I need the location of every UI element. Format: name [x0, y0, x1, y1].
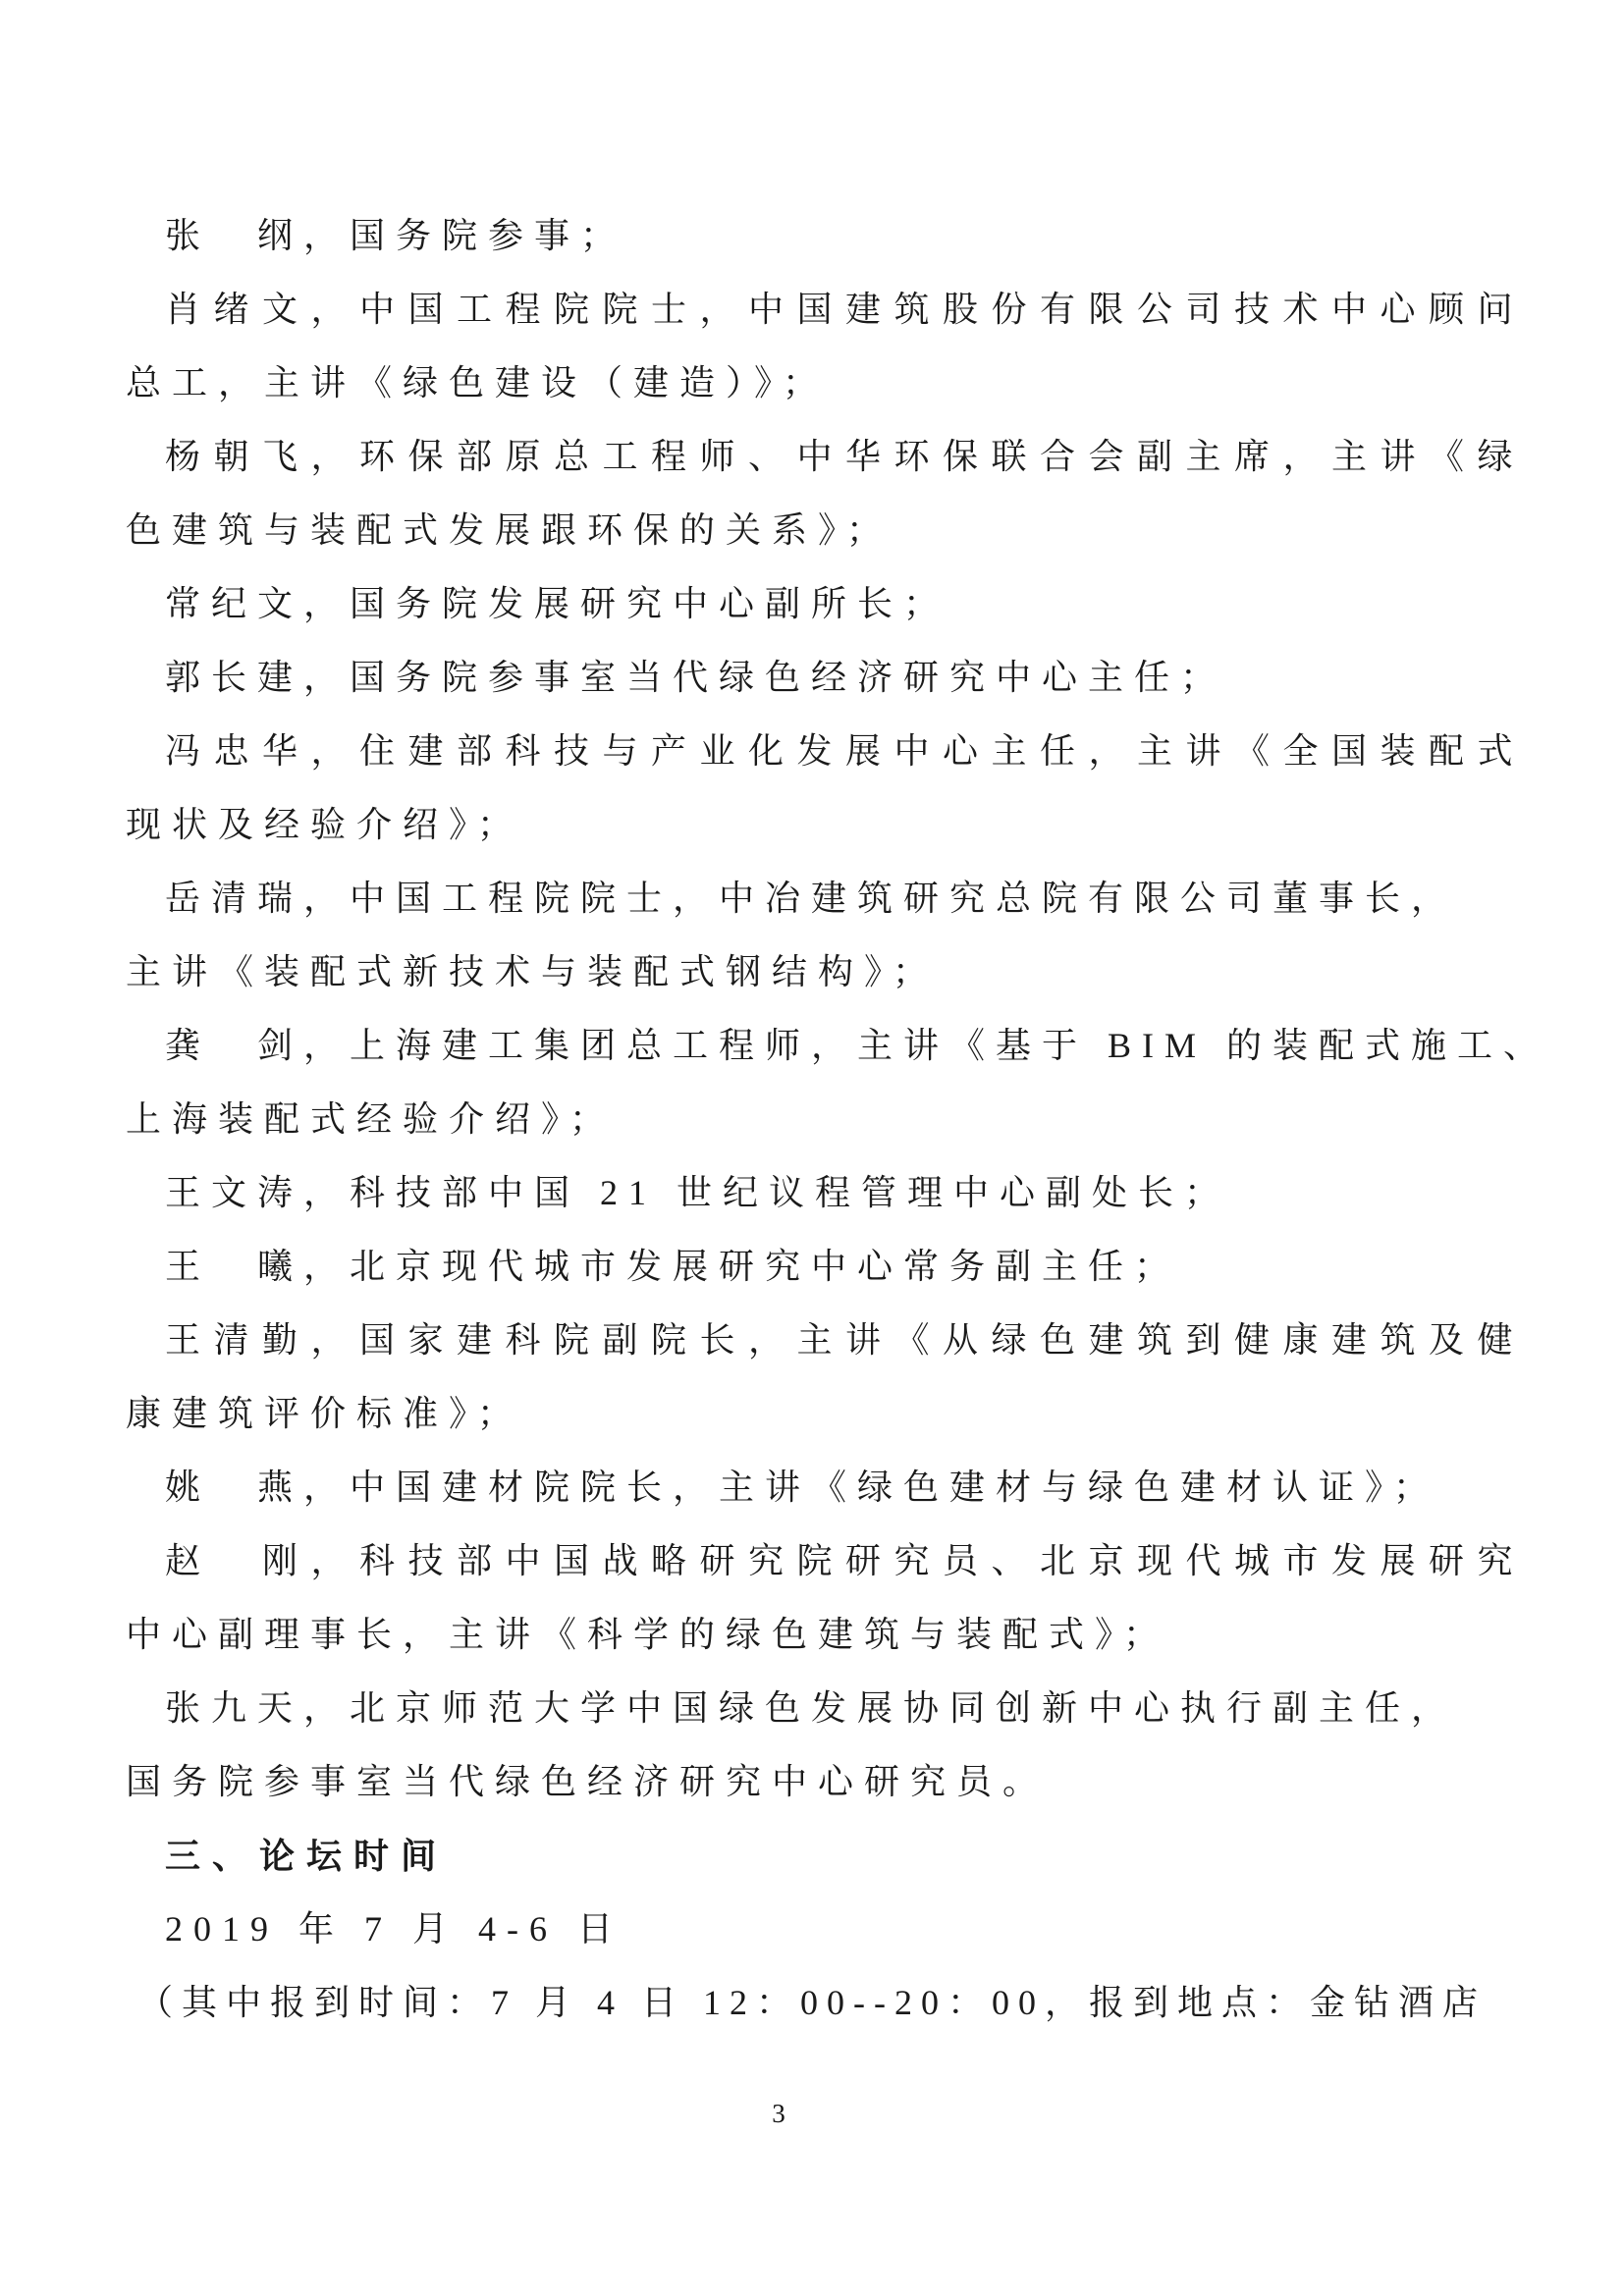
registration-info-line: （其中报到时间：7 月 4 日 12：00--20：00，报到地点：金钻酒店 [126, 1966, 1526, 2040]
speaker-line-continuation: 现状及经验介绍》； [126, 788, 1526, 862]
document-page: 张 纲，国务院参事； 肖绪文，中国工程院院士，中国建筑股份有限公司技术中心顾问 … [0, 0, 1624, 2296]
speaker-line: 常纪文，国务院发展研究中心副所长； [126, 567, 1526, 641]
speaker-line-continuation: 康建筑评价标准》； [126, 1377, 1526, 1451]
speaker-line: 肖绪文，中国工程院院士，中国建筑股份有限公司技术中心顾问 [126, 273, 1526, 347]
speaker-line: 赵 刚，科技部中国战略研究院研究员、北京现代城市发展研究 [126, 1524, 1526, 1598]
speaker-line: 龚 剑，上海建工集团总工程师，主讲《基于 BIM 的装配式施工、 [126, 1009, 1526, 1083]
speaker-line: 冯忠华，住建部科技与产业化发展中心主任，主讲《全国装配式 [126, 715, 1526, 788]
speaker-line: 岳清瑞，中国工程院院士，中冶建筑研究总院有限公司董事长， [126, 862, 1526, 935]
document-body: 张 纲，国务院参事； 肖绪文，中国工程院院士，中国建筑股份有限公司技术中心顾问 … [0, 0, 1624, 2040]
speaker-line-continuation: 主讲《装配式新技术与装配式钢结构》； [126, 935, 1526, 1009]
speaker-line: 王 曦，北京现代城市发展研究中心常务副主任； [126, 1230, 1526, 1304]
speaker-line: 杨朝飞，环保部原总工程师、中华环保联合会副主席，主讲《绿 [126, 420, 1526, 494]
speaker-line: 张 纲，国务院参事； [126, 199, 1526, 273]
speaker-line-continuation: 中心副理事长，主讲《科学的绿色建筑与装配式》； [126, 1598, 1526, 1672]
speaker-line-continuation: 色建筑与装配式发展跟环保的关系》； [126, 494, 1526, 567]
speaker-line: 王清勤，国家建科院副院长，主讲《从绿色建筑到健康建筑及健 [126, 1304, 1526, 1377]
speaker-line: 王文涛，科技部中国 21 世纪议程管理中心副处长； [126, 1156, 1526, 1230]
speaker-line-continuation: 上海装配式经验介绍》； [126, 1083, 1526, 1156]
page-number: 3 [0, 2097, 1557, 2130]
speaker-line: 张九天，北京师范大学中国绿色发展协同创新中心执行副主任， [126, 1672, 1526, 1745]
speaker-line-continuation: 总工，主讲《绿色建设（建造）》； [126, 347, 1526, 420]
speaker-line-continuation: 国务院参事室当代绿色经济研究中心研究员。 [126, 1745, 1526, 1819]
section-heading-forum-time: 三、论坛时间 [126, 1819, 1526, 1893]
forum-date-line: 2019 年 7 月 4-6 日 [126, 1893, 1526, 1966]
speaker-line: 郭长建，国务院参事室当代绿色经济研究中心主任； [126, 641, 1526, 715]
speaker-line: 姚 燕，中国建材院院长，主讲《绿色建材与绿色建材认证》； [126, 1451, 1526, 1524]
